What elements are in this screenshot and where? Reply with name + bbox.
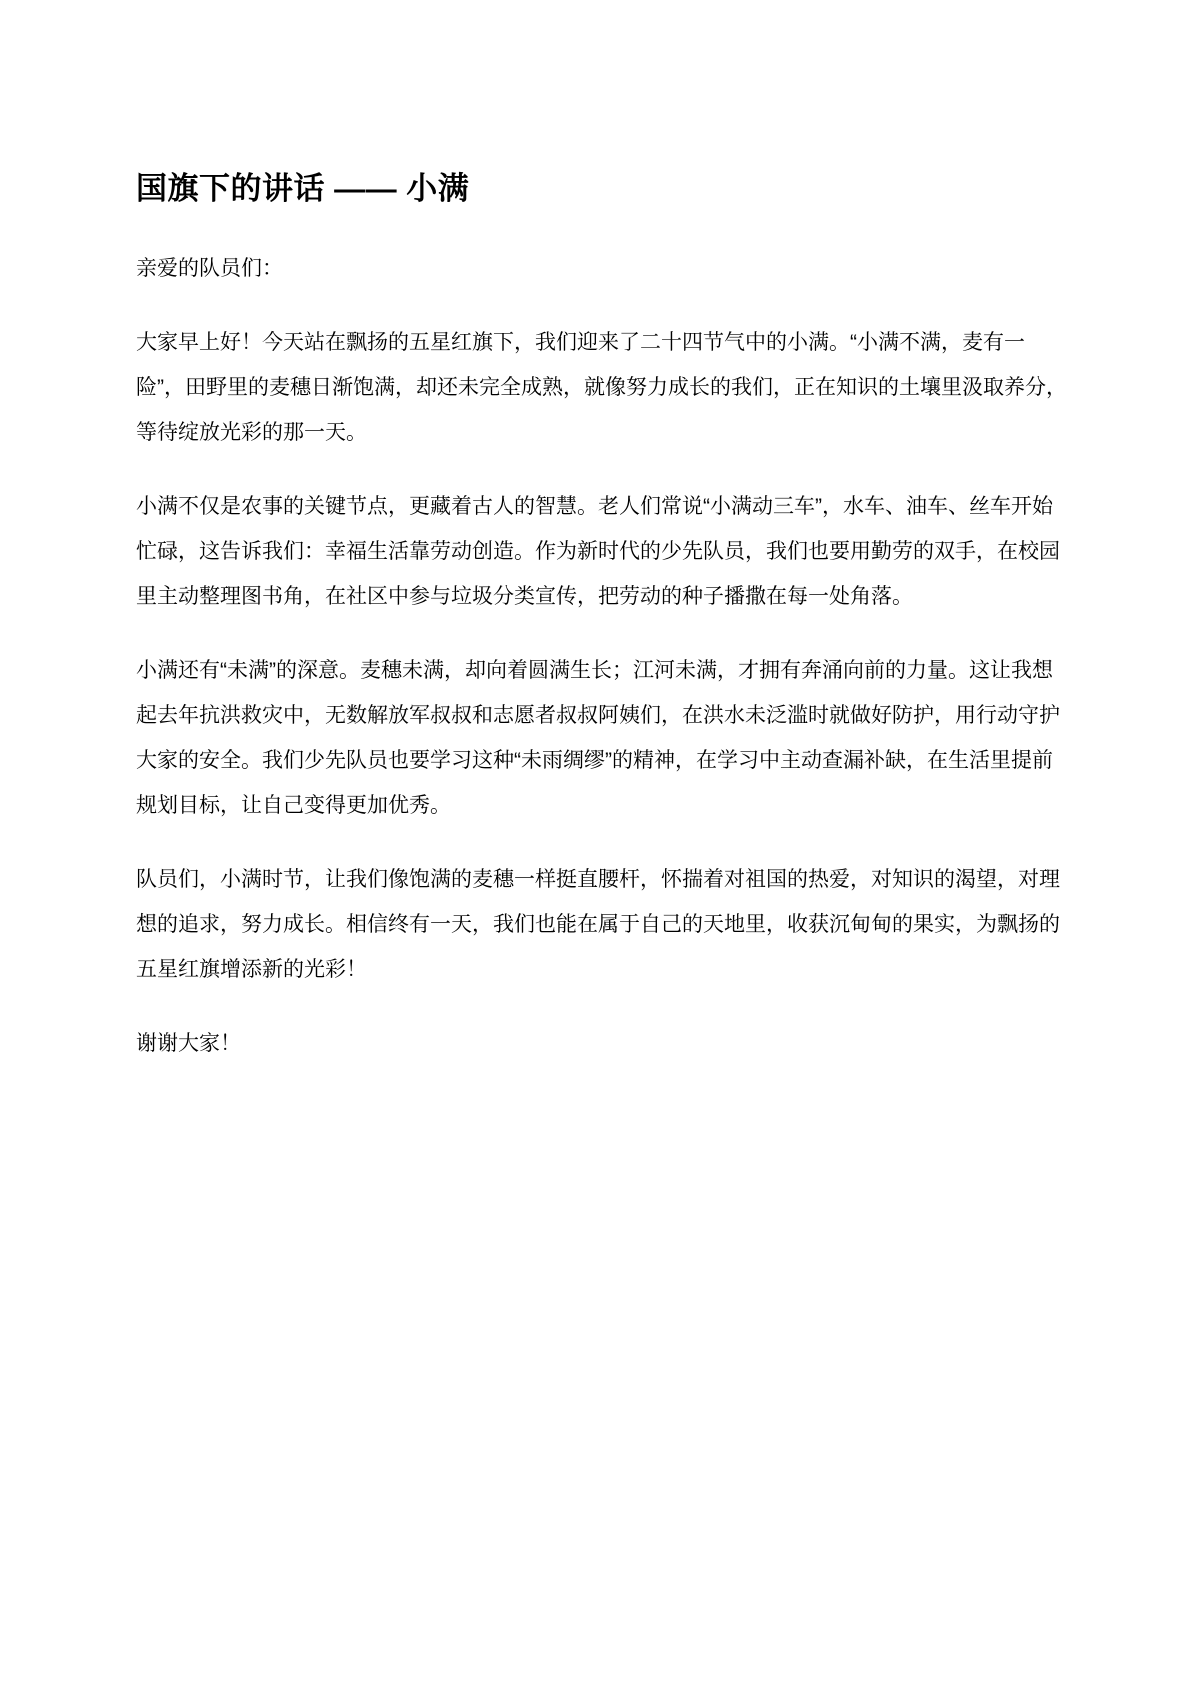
document-title: 国旗下的讲话 —— 小满	[136, 168, 1068, 210]
paragraph-weiman-meaning: 小满还有“未满”的深意。麦穗未满，却向着圆满生长；江河未满，才拥有奔涌向前的力量…	[136, 648, 1068, 828]
paragraph-labor-wisdom: 小满不仅是农事的关键节点，更藏着古人的智慧。老人们常说“小满动三车”，水车、油车…	[136, 484, 1068, 619]
paragraph-greeting: 亲爱的队员们：	[136, 246, 1068, 291]
paragraph-opening: 大家早上好！今天站在飘扬的五星红旗下，我们迎来了二十四节气中的小满。“小满不满，…	[136, 320, 1068, 455]
paragraph-closing-call: 队员们，小满时节，让我们像饱满的麦穗一样挺直腰杆，怀揣着对祖国的热爱，对知识的渴…	[136, 857, 1068, 992]
document-page: 国旗下的讲话 —— 小满 亲爱的队员们： 大家早上好！今天站在飘扬的五星红旗下，…	[136, 168, 1068, 1066]
paragraph-thanks: 谢谢大家！	[136, 1021, 1068, 1066]
